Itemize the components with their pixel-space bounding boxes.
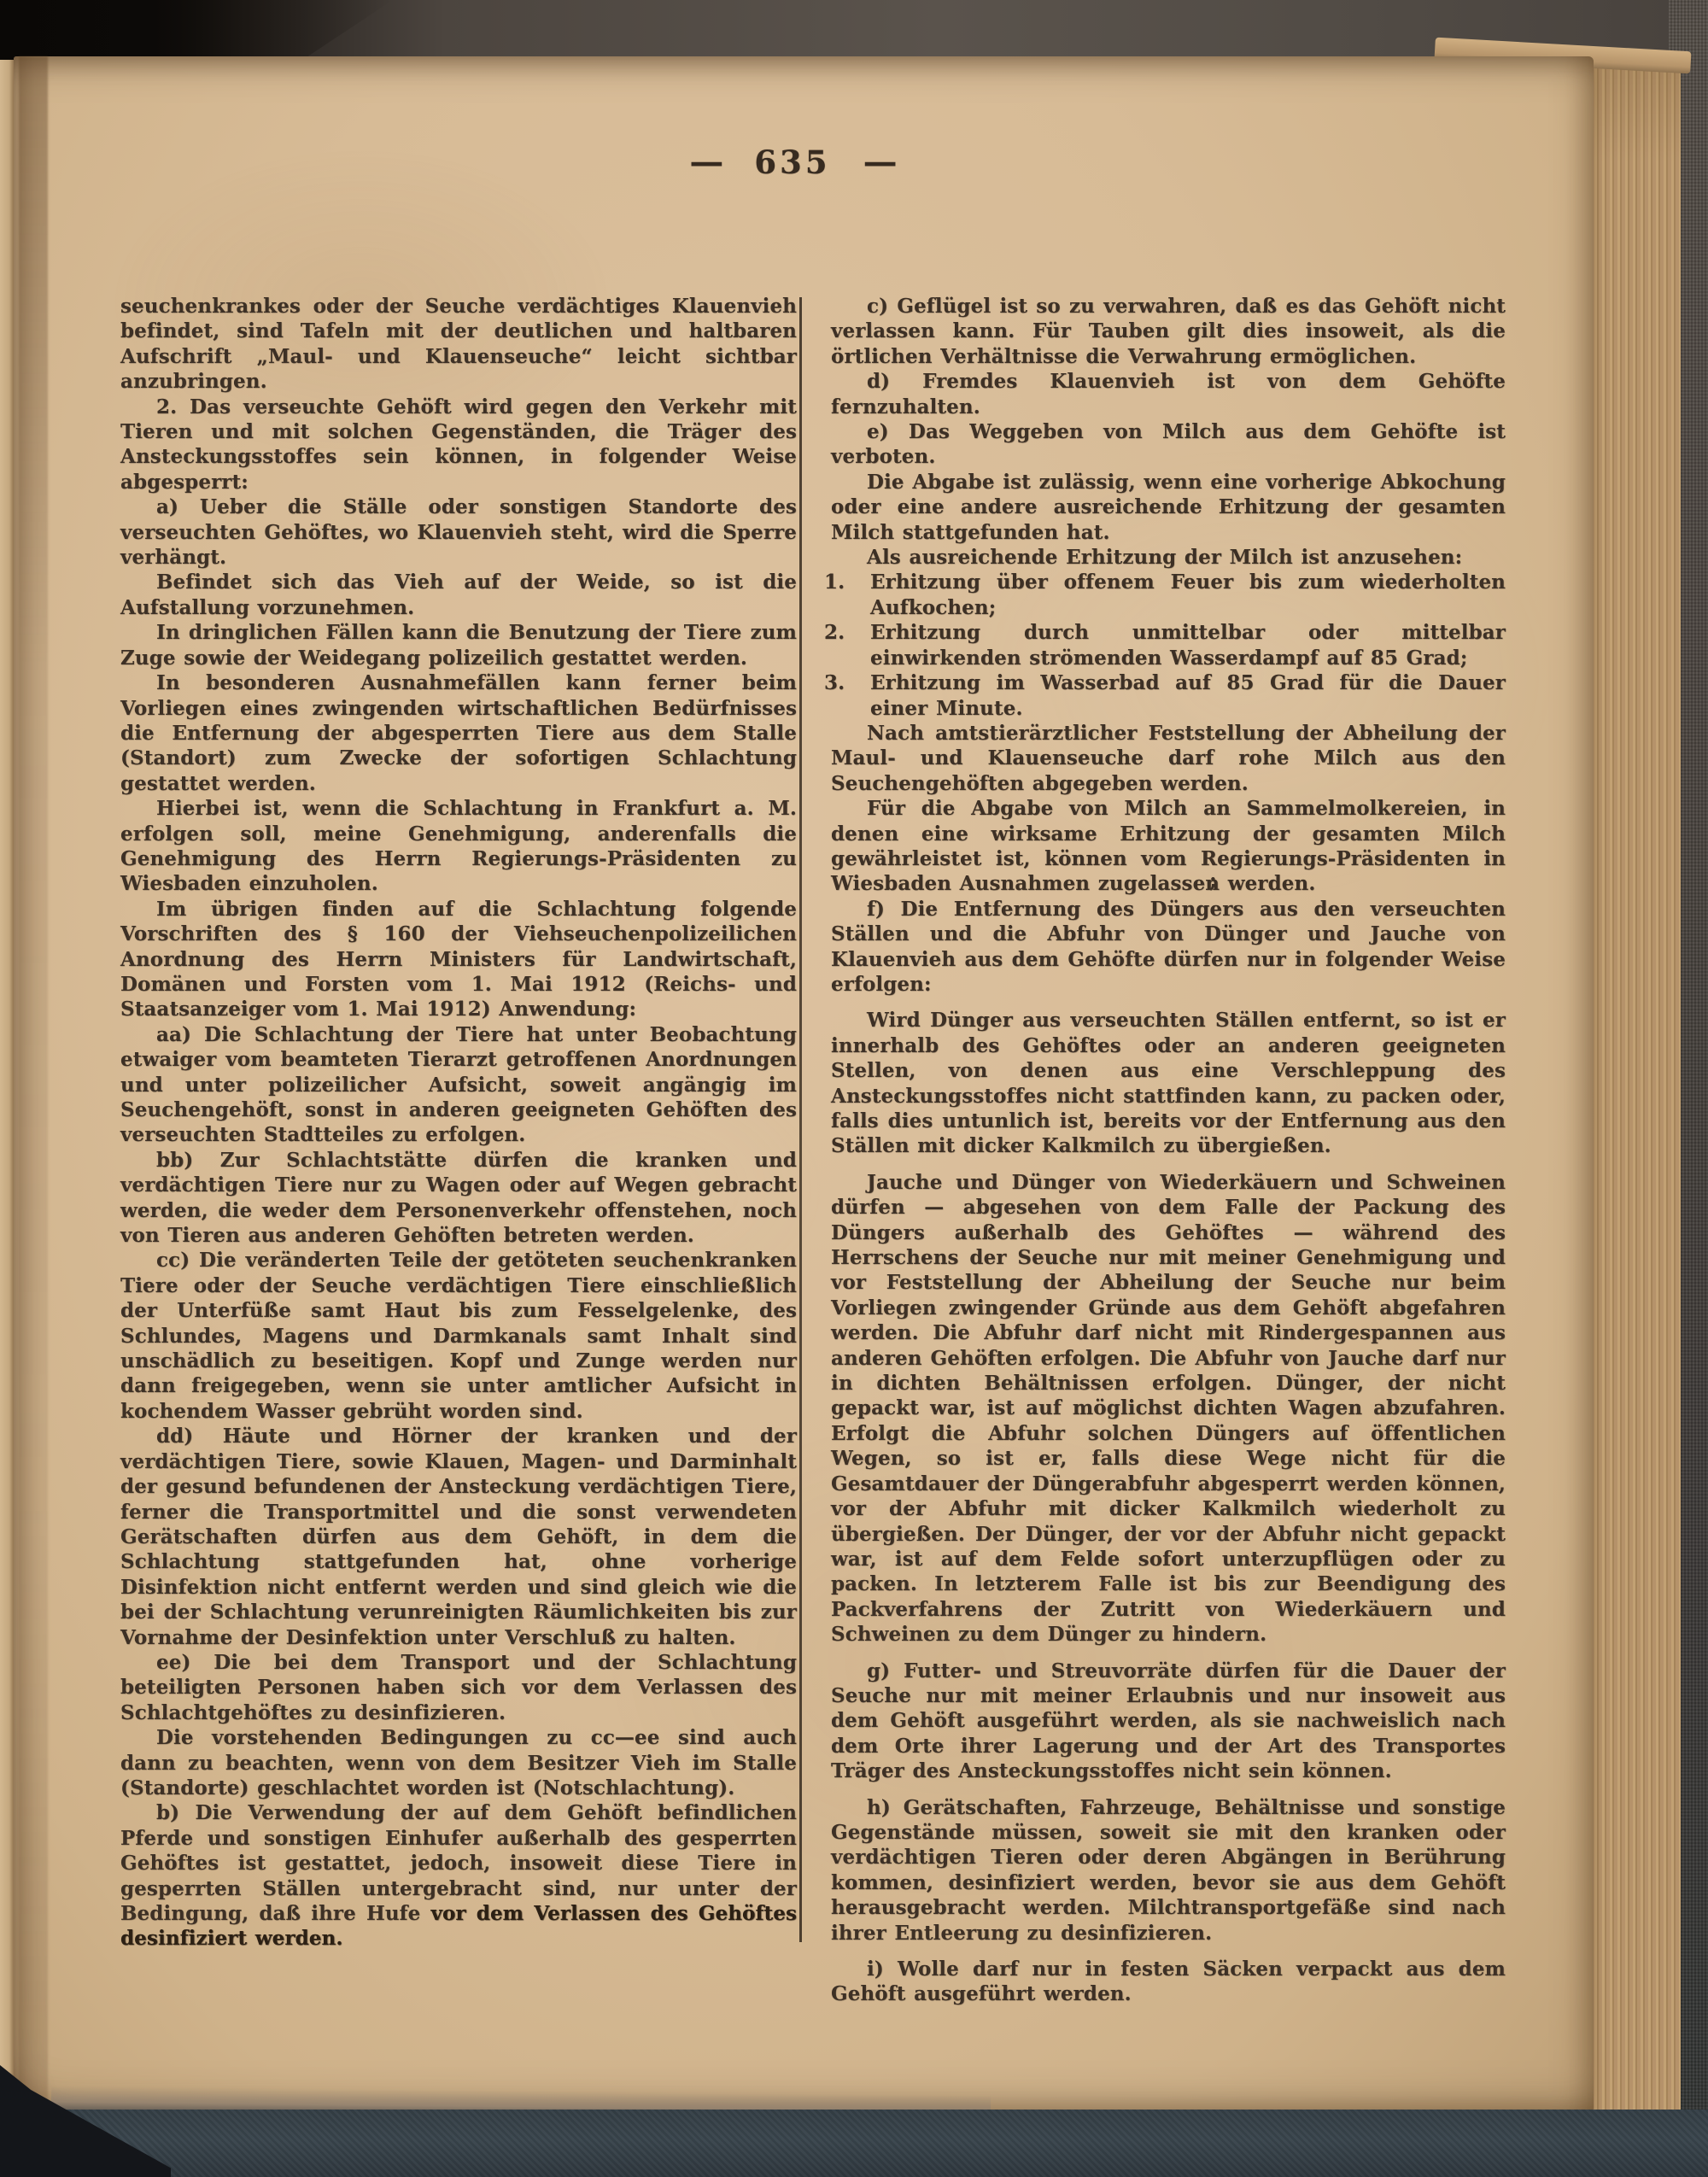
- paragraph: Im übrigen finden auf die Schlachtung fo…: [120, 897, 797, 1022]
- paragraph: Jauche und Dünger von Wiederkäuern und S…: [831, 1170, 1506, 1647]
- paragraph: e) Das Weggeben von Milch aus dem Gehöft…: [831, 419, 1506, 470]
- header-dash-right: —: [863, 145, 896, 179]
- paragraph: In dringlichen Fällen kann die Benutzung…: [120, 620, 797, 670]
- paragraph: In besonderen Ausnahmefällen kann ferner…: [120, 670, 797, 796]
- paragraph: aa) Die Schlachtung der Tiere hat unter …: [120, 1022, 797, 1148]
- list-number: 1.: [824, 570, 845, 594]
- paragraph: Die Abgabe ist zulässig, wenn eine vorhe…: [831, 470, 1506, 545]
- paragraph: g) Futter- und Streuvorräte dürfen für d…: [831, 1659, 1506, 1784]
- paragraph: Für die Abgabe von Milch an Sammelmolker…: [831, 796, 1506, 897]
- paragraph: Wird Dünger aus verseuchten Ställen entf…: [831, 1008, 1506, 1158]
- paragraph: Hierbei ist, wenn die Schlachtung in Fra…: [120, 796, 797, 897]
- list-number: 3.: [824, 670, 845, 695]
- paragraph: dd) Häute und Hörner der kranken und der…: [120, 1424, 797, 1650]
- bold-phrase: vor dem Verlassen des Gehöftes desinfizi…: [120, 1902, 797, 1950]
- paragraph: ee) Die bei dem Transport und der Schlac…: [120, 1650, 797, 1725]
- paragraph: d) Fremdes Klauenvieh ist von dem Gehöft…: [831, 369, 1506, 419]
- text-column-right: c) Geflügel ist so zu verwahren, daß es …: [831, 294, 1506, 2007]
- paragraph: Nach amtstierärztlicher Feststellung der…: [831, 721, 1506, 796]
- paragraph: 2. Das verseuchte Gehöft wird gegen den …: [120, 395, 797, 495]
- page-edge-stack: [1587, 60, 1681, 2144]
- book-scan: — 635 — seuchenkrankes oder der Seuche v…: [0, 0, 1708, 2177]
- paragraph: Befindet sich das Vieh auf der Weide, so…: [120, 570, 797, 620]
- list-item: 3.Erhitzung im Wasserbad auf 85 Grad für…: [821, 670, 1506, 721]
- book-cover-bottom: [0, 2110, 1708, 2177]
- header-dash-left: —: [689, 145, 722, 179]
- paragraph: Die vorstehenden Bedingungen zu cc—ee si…: [120, 1725, 797, 1800]
- column-divider: [799, 297, 802, 1942]
- page-number: 635: [754, 143, 830, 181]
- paragraph: f) Die Entfernung des Düngers aus den ve…: [831, 897, 1506, 998]
- paragraph: Als ausreichende Erhitzung der Milch ist…: [831, 545, 1506, 570]
- paragraph: bb) Zur Schlachtstätte dürfen die kranke…: [120, 1148, 797, 1249]
- list-item: 1.Erhitzung über offenem Feuer bis zum w…: [821, 570, 1506, 620]
- paragraph: a) Ueber die Ställe oder sonstigen Stand…: [120, 495, 797, 570]
- paragraph: cc) Die veränderten Teile der getöteten …: [120, 1248, 797, 1424]
- list-item: 2.Erhitzung durch unmittelbar oder mitte…: [821, 620, 1506, 670]
- paragraph: i) Wolle darf nur in festen Säcken verpa…: [831, 1957, 1506, 2007]
- paragraph: c) Geflügel ist so zu verwahren, daß es …: [831, 294, 1506, 369]
- paragraph: b) Die Verwendung der auf dem Gehöft bef…: [120, 1800, 797, 1951]
- page-header: — 635 —: [689, 143, 895, 181]
- gutter-shadow: [19, 56, 48, 2116]
- paragraph: h) Gerätschaften, Fahrzeuge, Behältnisse…: [831, 1795, 1506, 1946]
- ink-artifact: ;: [1209, 868, 1217, 892]
- text-column-left: seuchenkrankes oder der Seuche verdächti…: [120, 294, 797, 1952]
- paragraph: seuchenkrankes oder der Seuche verdächti…: [120, 294, 797, 395]
- list-number: 2.: [824, 620, 845, 645]
